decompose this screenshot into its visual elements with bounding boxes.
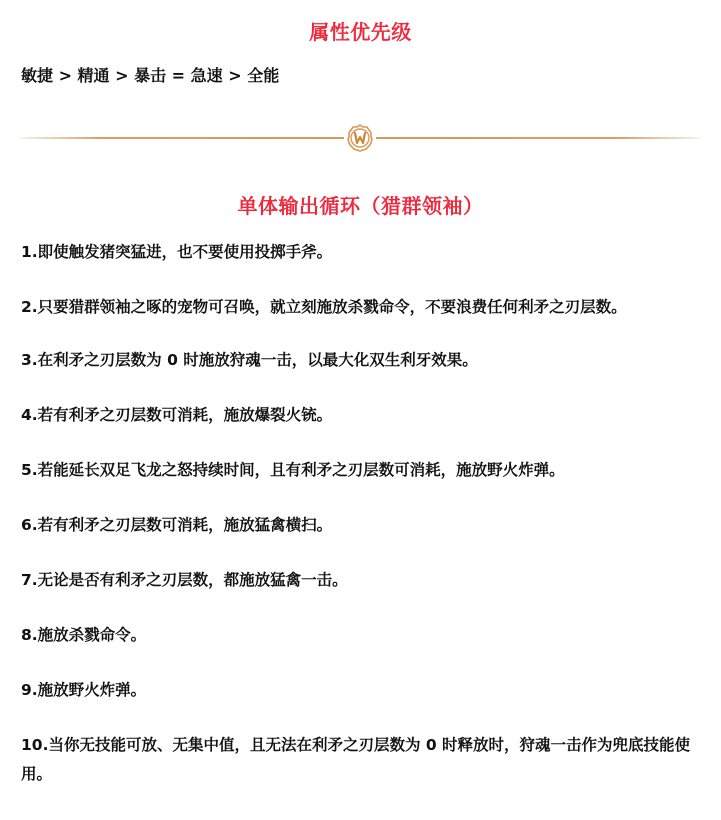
- rotation-step: 4.若有利矛之刃层数可消耗，施放爆裂火铳。: [21, 401, 701, 430]
- rotation-step: 3.在利矛之刃层数为 0 时施放狩魂一击，以最大化双生利牙效果。: [21, 346, 701, 375]
- divider-line-right: [376, 137, 700, 139]
- stat-priority-text: 敏捷 > 精通 > 暴击 = 急速 > 全能: [21, 63, 279, 89]
- rotation-step-list: 1.即使触发猪突猛进，也不要使用投掷手斧。 2.只要猎群领袖之啄的宠物可召唤，就…: [21, 238, 701, 815]
- rotation-step: 2.只要猎群领袖之啄的宠物可召唤，就立刻施放杀戮命令，不要浪费任何利矛之刃层数。: [21, 293, 701, 322]
- section-divider: [20, 124, 700, 152]
- rotation-step: 9.施放野火炸弹。: [21, 676, 701, 705]
- rotation-step: 6.若有利矛之刃层数可消耗，施放猛禽横扫。: [21, 511, 701, 540]
- rotation-step: 1.即使触发猪突猛进，也不要使用投掷手斧。: [21, 238, 701, 267]
- stat-priority-heading: 属性优先级: [0, 18, 721, 46]
- wow-emblem-icon: [347, 124, 373, 152]
- rotation-step: 10.当你无技能可放、无集中值，且无法在利矛之刃层数为 0 时释放时，狩魂一击作…: [21, 731, 701, 789]
- rotation-step: 5.若能延长双足飞龙之怒持续时间，且有利矛之刃层数可消耗，施放野火炸弹。: [21, 456, 701, 485]
- rotation-step: 7.无论是否有利矛之刃层数，都施放猛禽一击。: [21, 566, 701, 595]
- divider-line-left: [20, 137, 344, 139]
- rotation-step: 8.施放杀戮命令。: [21, 621, 701, 650]
- rotation-heading: 单体输出循环（猎群领袖）: [0, 192, 721, 220]
